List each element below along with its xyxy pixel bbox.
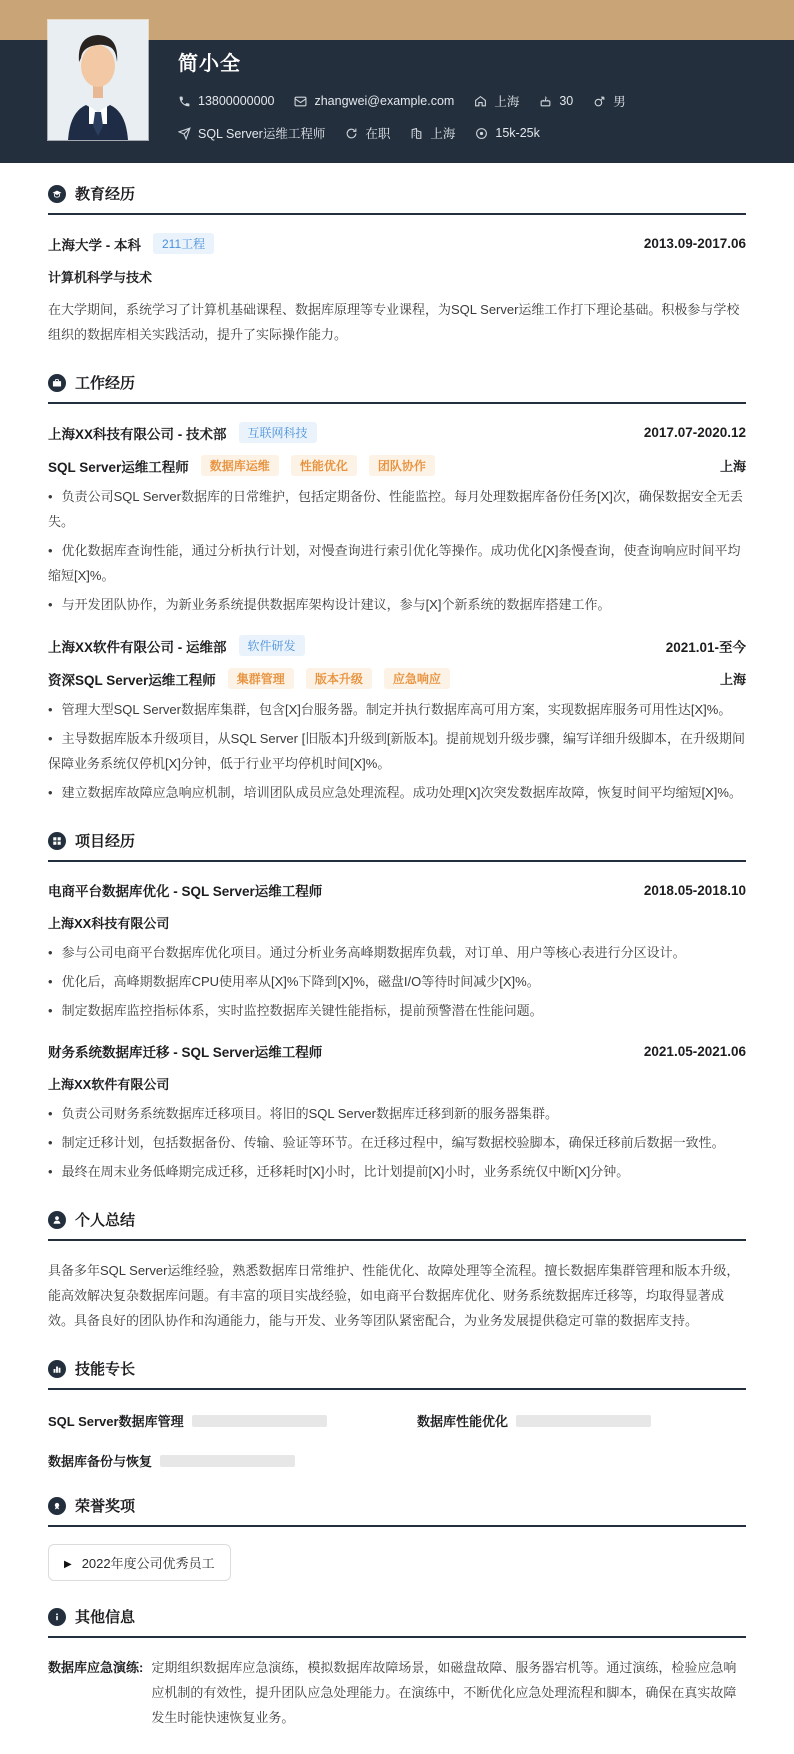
project-name: 电商平台数据库优化 - SQL Server运维工程师: [48, 880, 322, 900]
age-item: 30: [539, 94, 573, 108]
project-bullets: 参与公司电商平台数据库优化项目。通过分析业务高峰期数据库负载，对订单、用户等核心…: [48, 940, 746, 1023]
project-entry: 电商平台数据库优化 - SQL Server运维工程师 2018.05-2018…: [48, 880, 746, 1023]
expand-arrow-icon: [64, 1555, 72, 1570]
skill-tag: 数据库运维: [201, 455, 279, 476]
project-company: 上海XX科技有限公司: [48, 913, 746, 932]
skill-tag: 集群管理: [228, 668, 294, 689]
skill-name: 数据库备份与恢复: [48, 1451, 152, 1470]
bullet-item: 负责公司SQL Server数据库的日常维护，包括定期备份、性能监控。每月处理数…: [48, 484, 746, 534]
job-title-value: SQL Server运维工程师: [198, 124, 325, 142]
company-name: 上海XX软件有限公司 - 运维部: [48, 636, 227, 656]
bullet-item: 建立数据库故障应急响应机制，培训团队成员应急处理流程。成功处理[X]次突发数据库…: [48, 780, 746, 805]
section-honors: 荣誉奖项 2022年度公司优秀员工: [48, 1495, 746, 1581]
position-title: 资深SQL Server运维工程师: [48, 669, 216, 689]
bar-chart-icon: [48, 1360, 66, 1378]
bullet-item: 优化后，高峰期数据库CPU使用率从[X]%下降到[X]%，磁盘I/O等待时间减少…: [48, 969, 746, 994]
phone-item: 13800000000: [178, 94, 274, 108]
bullet-dot-icon: [48, 731, 53, 746]
skill-bar: [160, 1455, 295, 1467]
section-title: 项目经历: [75, 830, 135, 851]
job-title-item: SQL Server运维工程师: [178, 124, 325, 142]
bullet-dot-icon: [48, 543, 53, 558]
bullet-item: 与开发团队协作，为新业务系统提供数据库架构设计建议，参与[X]个新系统的数据库搭…: [48, 592, 746, 617]
bullet-dot-icon: [48, 974, 53, 989]
gender-value: 男: [613, 92, 626, 110]
bullet-text: 负责公司SQL Server数据库的日常维护，包括定期备份、性能监控。每月处理数…: [48, 489, 743, 529]
city-value: 上海: [430, 124, 455, 142]
bullet-text: 制定数据库监控指标体系，实时监控数据库关键性能指标，提前预警潜在性能问题。: [62, 1003, 543, 1018]
person-icon: [48, 1211, 66, 1229]
bullet-text: 优化后，高峰期数据库CPU使用率从[X]%下降到[X]%，磁盘I/O等待时间减少…: [62, 974, 540, 989]
work-date: 2017.07-2020.12: [644, 425, 746, 440]
bullet-item: 最终在周末业务低峰期完成迁移，迁移耗时[X]小时，比计划提前[X]小时，业务系统…: [48, 1159, 746, 1184]
candidate-name: 简小全: [178, 50, 746, 78]
skill-tag: 性能优化: [291, 455, 357, 476]
status-value: 在职: [365, 124, 390, 142]
home-icon: [474, 95, 487, 108]
resume-header: 简小全 13800000000 zhangwei@example.com 上海 …: [0, 40, 794, 163]
city-item: 上海: [410, 124, 455, 142]
school-badge: 211工程: [153, 233, 214, 254]
work-entry: 上海XX科技有限公司 - 技术部 互联网科技 2017.07-2020.12 S…: [48, 422, 746, 617]
contact-row-2: SQL Server运维工程师 在职 上海 15k-25k: [178, 124, 746, 142]
other-info-text: 定期组织数据库应急演练，模拟数据库故障场景，如磁盘故障、服务器宕机等。通过演练，…: [151, 1655, 746, 1730]
skill-tag: 版本升级: [306, 668, 372, 689]
gender-item: 男: [593, 92, 626, 110]
position-icon: [178, 127, 191, 140]
work-position-row: 资深SQL Server运维工程师 集群管理 版本升级 应急响应 上海: [48, 668, 746, 689]
education-description: 在大学期间，系统学习了计算机基础课程、数据库原理等专业课程，为SQL Serve…: [48, 297, 746, 347]
project-date: 2018.05-2018.10: [644, 883, 746, 898]
project-name: 财务系统数据库迁移 - SQL Server运维工程师: [48, 1041, 322, 1061]
skill-tag: 团队协作: [369, 455, 435, 476]
status-icon: [345, 127, 358, 140]
skill-item: 数据库性能优化: [417, 1411, 746, 1430]
industry-badge: 软件研发: [239, 635, 305, 656]
bullet-item: 优化数据库查询性能，通过分析执行计划，对慢查询进行索引优化等操作。成功优化[X]…: [48, 538, 746, 588]
phone-value: 13800000000: [198, 94, 274, 108]
other-info-row: 数据库应急演练: 定期组织数据库应急演练，模拟数据库故障场景，如磁盘故障、服务器…: [48, 1655, 746, 1730]
education-entry-head: 上海大学 - 本科 211工程 2013.09-2017.06: [48, 233, 746, 254]
status-item: 在职: [345, 124, 390, 142]
bullet-text: 与开发团队协作，为新业务系统提供数据库架构设计建议，参与[X]个新系统的数据库搭…: [62, 597, 611, 612]
bullet-item: 管理大型SQL Server数据库集群，包含[X]台服务器。制定并执行数据库高可…: [48, 697, 746, 722]
bullet-text: 最终在周末业务低峰期完成迁移，迁移耗时[X]小时，比计划提前[X]小时，业务系统…: [62, 1164, 630, 1179]
project-date: 2021.05-2021.06: [644, 1044, 746, 1059]
bullet-item: 参与公司电商平台数据库优化项目。通过分析业务高峰期数据库负载，对订单、用户等核心…: [48, 940, 746, 965]
contact-row-1: 13800000000 zhangwei@example.com 上海 30 男: [178, 92, 746, 110]
work-location: 上海: [720, 456, 746, 475]
skill-item: SQL Server数据库管理: [48, 1411, 377, 1430]
other-header: 其他信息: [48, 1606, 746, 1638]
project-entry: 财务系统数据库迁移 - SQL Server运维工程师 2021.05-2021…: [48, 1041, 746, 1184]
resume-page: 简小全 13800000000 zhangwei@example.com 上海 …: [0, 0, 794, 1754]
gender-icon: [593, 95, 606, 108]
skill-bar: [192, 1415, 327, 1427]
bullet-text: 管理大型SQL Server数据库集群，包含[X]台服务器。制定并执行数据库高可…: [62, 702, 732, 717]
section-title: 荣誉奖项: [75, 1495, 135, 1516]
honors-header: 荣誉奖项: [48, 1495, 746, 1527]
summary-header: 个人总结: [48, 1209, 746, 1241]
medal-icon: [48, 1497, 66, 1515]
bullet-dot-icon: [48, 1106, 53, 1121]
project-bullets: 负责公司财务系统数据库迁移项目。将旧的SQL Server数据库迁移到新的服务器…: [48, 1101, 746, 1184]
hometown-value: 上海: [494, 92, 519, 110]
bullet-item: 负责公司财务系统数据库迁移项目。将旧的SQL Server数据库迁移到新的服务器…: [48, 1101, 746, 1126]
avatar: [48, 20, 148, 140]
bullet-text: 负责公司财务系统数据库迁移项目。将旧的SQL Server数据库迁移到新的服务器…: [62, 1106, 558, 1121]
bullet-text: 主导数据库版本升级项目，从SQL Server [旧版本]升级到[新版本]。提前…: [48, 731, 745, 771]
bullet-text: 建立数据库故障应急响应机制，培训团队成员应急处理流程。成功处理[X]次突发数据库…: [62, 785, 742, 800]
bullet-item: 制定数据库监控指标体系，实时监控数据库关键性能指标，提前预警潜在性能问题。: [48, 998, 746, 1023]
hometown-item: 上海: [474, 92, 519, 110]
work-entry-head: 上海XX科技有限公司 - 技术部 互联网科技 2017.07-2020.12: [48, 422, 746, 443]
phone-icon: [178, 95, 191, 108]
honor-text: 2022年度公司优秀员工: [82, 1553, 215, 1572]
bullet-dot-icon: [48, 489, 53, 504]
age-value: 30: [559, 94, 573, 108]
industry-badge: 互联网科技: [239, 422, 317, 443]
company-name: 上海XX科技有限公司 - 技术部: [48, 423, 227, 443]
email-value: zhangwei@example.com: [314, 94, 454, 108]
bullet-dot-icon: [48, 945, 53, 960]
section-skills: 技能专长 SQL Server数据库管理 数据库性能优化 数据库备份与恢复: [48, 1358, 746, 1470]
section-title: 教育经历: [75, 183, 135, 204]
school-name: 上海大学 - 本科: [48, 234, 141, 254]
section-title: 个人总结: [75, 1209, 135, 1230]
section-projects: 项目经历 电商平台数据库优化 - SQL Server运维工程师 2018.05…: [48, 830, 746, 1184]
bullet-text: 制定迁移计划，包括数据备份、传输、验证等环节。在迁移过程中，编写数据校验脚本，确…: [62, 1135, 725, 1150]
bullet-item: 主导数据库版本升级项目，从SQL Server [旧版本]升级到[新版本]。提前…: [48, 726, 746, 776]
city-icon: [410, 127, 423, 140]
email-item: zhangwei@example.com: [294, 94, 454, 108]
summary-text: 具备多年SQL Server运维经验，熟悉数据库日常维护、性能优化、故障处理等全…: [48, 1258, 746, 1333]
section-education: 教育经历 上海大学 - 本科 211工程 2013.09-2017.06 计算机…: [48, 183, 746, 347]
skills-grid: SQL Server数据库管理 数据库性能优化 数据库备份与恢复: [48, 1411, 746, 1470]
salary-item: 15k-25k: [475, 126, 539, 140]
section-title: 其他信息: [75, 1606, 135, 1627]
section-work: 工作经历 上海XX科技有限公司 - 技术部 互联网科技 2017.07-2020…: [48, 372, 746, 805]
skill-bar: [516, 1415, 651, 1427]
work-bullets: 管理大型SQL Server数据库集群，包含[X]台服务器。制定并执行数据库高可…: [48, 697, 746, 805]
graduation-cap-icon: [48, 185, 66, 203]
mail-icon: [294, 95, 307, 108]
work-position-row: SQL Server运维工程师 数据库运维 性能优化 团队协作 上海: [48, 455, 746, 476]
info-icon: [48, 1608, 66, 1626]
work-bullets: 负责公司SQL Server数据库的日常维护，包括定期备份、性能监控。每月处理数…: [48, 484, 746, 617]
work-entry-head: 上海XX软件有限公司 - 运维部 软件研发 2021.01-至今: [48, 635, 746, 656]
section-title: 工作经历: [75, 372, 135, 393]
position-title: SQL Server运维工程师: [48, 456, 189, 476]
bullet-dot-icon: [48, 597, 53, 612]
work-location: 上海: [720, 669, 746, 688]
skill-tag: 应急响应: [384, 668, 450, 689]
bullet-dot-icon: [48, 1135, 53, 1150]
section-other: 其他信息 数据库应急演练: 定期组织数据库应急演练，模拟数据库故障场景，如磁盘故…: [48, 1606, 746, 1730]
section-title: 技能专长: [75, 1358, 135, 1379]
bullet-text: 优化数据库查询性能，通过分析执行计划，对慢查询进行索引优化等操作。成功优化[X]…: [48, 543, 740, 583]
resume-body: 教育经历 上海大学 - 本科 211工程 2013.09-2017.06 计算机…: [0, 183, 794, 1754]
salary-icon: [475, 127, 488, 140]
project-entry-head: 电商平台数据库优化 - SQL Server运维工程师 2018.05-2018…: [48, 880, 746, 900]
skill-name: SQL Server数据库管理: [48, 1411, 184, 1430]
bullet-text: 参与公司电商平台数据库优化项目。通过分析业务高峰期数据库负载，对订单、用户等核心…: [62, 945, 686, 960]
honor-item[interactable]: 2022年度公司优秀员工: [48, 1544, 231, 1581]
bullet-dot-icon: [48, 702, 53, 717]
salary-value: 15k-25k: [495, 126, 539, 140]
work-header: 工作经历: [48, 372, 746, 404]
education-date: 2013.09-2017.06: [644, 236, 746, 251]
bullet-dot-icon: [48, 1003, 53, 1018]
grid-icon: [48, 832, 66, 850]
bullet-dot-icon: [48, 1164, 53, 1179]
age-icon: [539, 95, 552, 108]
work-date: 2021.01-至今: [666, 636, 746, 656]
work-entry: 上海XX软件有限公司 - 运维部 软件研发 2021.01-至今 资深SQL S…: [48, 635, 746, 805]
project-entry-head: 财务系统数据库迁移 - SQL Server运维工程师 2021.05-2021…: [48, 1041, 746, 1061]
bullet-item: 制定迁移计划，包括数据备份、传输、验证等环节。在迁移过程中，编写数据校验脚本，确…: [48, 1130, 746, 1155]
section-summary: 个人总结 具备多年SQL Server运维经验，熟悉数据库日常维护、性能优化、故…: [48, 1209, 746, 1333]
skill-name: 数据库性能优化: [417, 1411, 508, 1430]
bullet-dot-icon: [48, 785, 53, 800]
education-header: 教育经历: [48, 183, 746, 215]
other-info-label: 数据库应急演练:: [48, 1655, 143, 1730]
skills-header: 技能专长: [48, 1358, 746, 1390]
project-company: 上海XX软件有限公司: [48, 1074, 746, 1093]
skill-item: 数据库备份与恢复: [48, 1451, 377, 1470]
briefcase-icon: [48, 374, 66, 392]
major-name: 计算机科学与技术: [48, 267, 746, 286]
projects-header: 项目经历: [48, 830, 746, 862]
profile-photo: [48, 20, 148, 140]
